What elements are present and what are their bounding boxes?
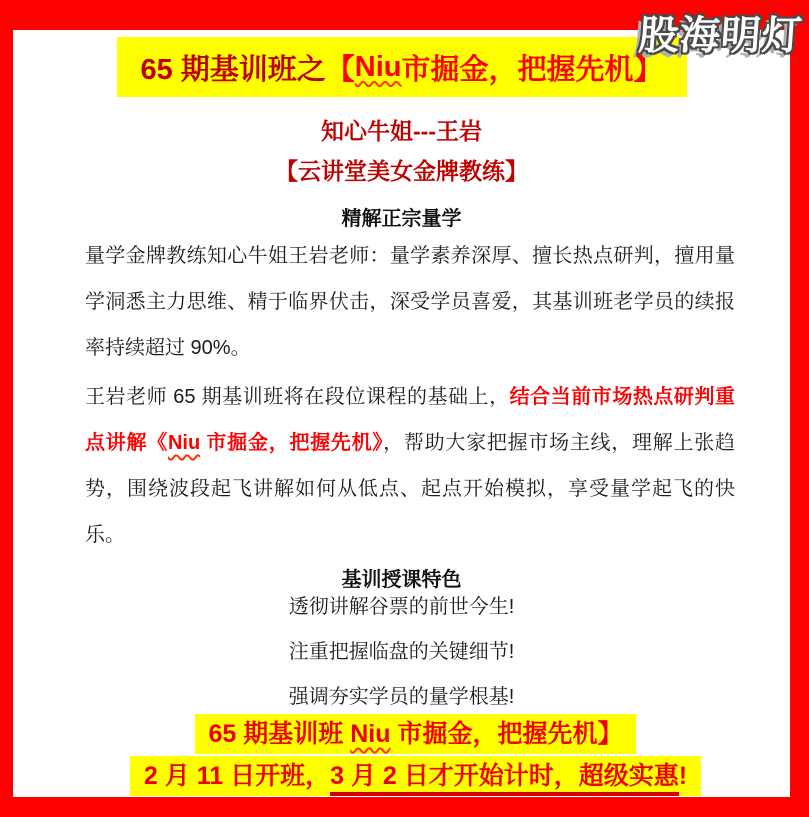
promo2-underlined-text: 3 月 2 日才开始计时，超级实惠	[330, 762, 679, 796]
promo-line-2: 2 月 11 日开班，3 月 2 日才开始计时，超级实惠!	[130, 756, 701, 796]
course-seg-lead: 王岩老师 65 期基训班将在段位课程的基础上，	[85, 386, 510, 408]
promo-line-1: 65 期基训班 Niu 市掘金，把握先机】	[195, 714, 637, 754]
paragraph-intro: 量学金牌教练知心牛姐王岩老师：量学素养深厚、擅长热点研判，擅用量学洞悉主力思维、…	[85, 233, 735, 371]
section-heading-features: 基训授课特色	[13, 566, 790, 594]
section-heading-intro: 精解正宗量学	[13, 205, 790, 233]
promo1-rest: 市掘金，把握先机】	[391, 720, 623, 748]
title-bracket-open: 【	[326, 47, 355, 88]
subtitle-coach: 【云讲堂美女金牌教练】	[13, 155, 790, 187]
title-highlight-rest: 市掘金，把握先机】	[402, 47, 663, 88]
feature-line-3: 强调夯实学员的量学根基!	[13, 684, 790, 710]
feature-line-2: 注重把握临盘的关键细节!	[13, 639, 790, 665]
course-seg-niu-spellcheck: Niu	[168, 432, 200, 454]
paragraph-intro-text: 量学金牌教练知心牛姐王岩老师：量学素养深厚、擅长热点研判，擅用量学洞悉主力思维、…	[85, 245, 735, 359]
flyer-root: { "watermark": "股海明灯", "title": { "prefi…	[0, 0, 809, 817]
watermark-guhaimingdeng: 股海明灯	[637, 4, 805, 61]
promo2-exclamation: !	[679, 762, 687, 790]
promo1-prefix: 65 期基训班	[209, 720, 351, 748]
subtitle-author: 知心牛姐---王岩	[13, 115, 790, 147]
title-niu-spellcheck: Niu	[355, 51, 402, 84]
promo-row-1: 65 期基训班 Niu 市掘金，把握先机】	[13, 714, 790, 754]
promo-row-2: 2 月 11 日开班，3 月 2 日才开始计时，超级实惠!	[13, 756, 790, 796]
title-highlight-bar: 65 期基训班之【Niu 市掘金，把握先机】	[117, 37, 687, 97]
promo2-prefix: 2 月 11 日开班，	[144, 762, 330, 790]
feature-line-1: 透彻讲解谷票的前世今生!	[13, 594, 790, 620]
document-page: 65 期基训班之【Niu 市掘金，把握先机】 知心牛姐---王岩 【云讲堂美女金…	[13, 30, 790, 797]
title-prefix: 65 期基训班之	[140, 47, 325, 88]
paragraph-course: 王岩老师 65 期基训班将在段位课程的基础上，结合当前市场热点研判重点讲解《Ni…	[85, 374, 735, 558]
promo1-niu-spellcheck: Niu	[350, 720, 390, 748]
course-seg-emphasis-rest: 市掘金，把握先机》	[200, 432, 383, 454]
